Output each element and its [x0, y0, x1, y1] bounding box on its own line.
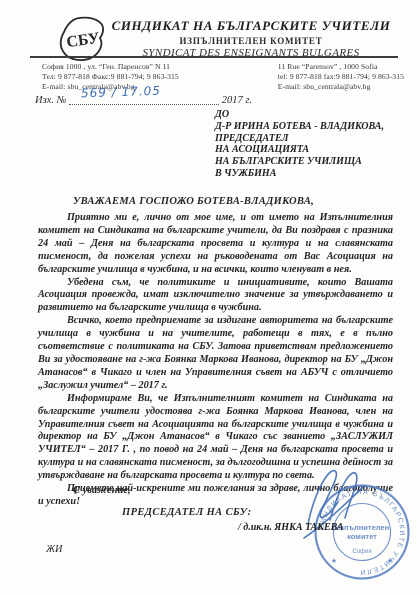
salutation: УВАЖАЕМА ГОСПОЖО БОТЕВА-ВЛАДИКОВА, — [73, 196, 314, 207]
recipient-line: НА БЪЛГАРСКИТЕ УЧИЛИЩА — [215, 156, 384, 168]
email-label: E-mail: — [278, 82, 301, 91]
stamp-city: София — [352, 549, 371, 555]
recipient-block: ДО Д-Р ИРИНА БОТЕВА - ВЛАДИКОВА, ПРЕДСЕД… — [215, 109, 384, 180]
committee-name: ИЗПЪЛНИТЕЛЕН КОМИТЕТ — [100, 36, 402, 46]
ref-number-line: Изх. № 569 / 17.05 2017 г. — [35, 92, 252, 106]
ref-dotted-line: 569 / 17.05 — [69, 92, 219, 105]
closing-regards: С уважение, — [73, 485, 131, 496]
recipient-line: НА АСОЦИАЦИЯТА — [215, 144, 384, 156]
address-bg: София 1000 , ул. “Ген. Паренсов” N 11 — [42, 62, 179, 72]
stamp-star-right: ★ — [387, 557, 393, 565]
president-title: ПРЕДСЕДАТЕЛ НА СБУ: — [122, 507, 252, 518]
ref-prefix: Изх. № — [35, 95, 67, 106]
recipient-line: ДО — [215, 109, 384, 121]
body-paragraph: Всичко, което предприемате за издигане а… — [38, 315, 393, 392]
typist-initials: ЖИ — [46, 544, 62, 555]
letterhead: СИНДИКАТ НА БЪЛГАРСКИТЕ УЧИТЕЛИ ИЗПЪЛНИТ… — [100, 18, 402, 59]
email-line: E-mail: sbu_centrala@abv.bg — [278, 82, 404, 92]
address-fr: 11 Rue “Parensov” , 1000 Sofia — [278, 62, 404, 72]
org-name: СИНДИКАТ НА БЪЛГАРСКИТЕ УЧИТЕЛИ — [100, 18, 402, 34]
recipient-line: Д-Р ИРИНА БОТЕВА - ВЛАДИКОВА, — [215, 121, 384, 133]
signer-name: / д.ик.н. ЯНКА ТАКЕВА — [238, 522, 344, 533]
recipient-line: ПРЕДСЕДАТЕЛ — [215, 133, 384, 145]
recipient-line: В ЧУЖБИНА — [215, 168, 384, 180]
contact-right: 11 Rue “Parensov” , 1000 Sofia tel: 9 87… — [278, 62, 404, 92]
header-divider — [30, 56, 398, 58]
stamp-star-left: ★ — [331, 557, 337, 565]
phone-fax-fr: tel: 9 877-818 fax:9 881-794; 9 863-315 — [278, 72, 404, 82]
body-paragraph: Убедена съм, че политиките и инициативит… — [38, 277, 393, 316]
body-paragraph: Приятно ми е, лично от мое име, и от име… — [38, 212, 393, 277]
scanned-letter-page: СБУ СИНДИКАТ НА БЪЛГАРСКИТЕ УЧИТЕЛИ ИЗПЪ… — [0, 0, 420, 595]
email-address: sbu_centrala@abv.bg — [303, 82, 370, 91]
signature-ink — [300, 460, 372, 548]
ref-year: 2017 г. — [222, 95, 252, 106]
email-label: E-mail: — [42, 82, 65, 91]
handwritten-ref-number: 569 / 17.05 — [81, 84, 161, 101]
logo-monogram: СБУ — [65, 30, 101, 52]
phone-fax-bg: Тел: 9 877-818 Факс:9 881-794; 9 863-315 — [42, 72, 179, 82]
